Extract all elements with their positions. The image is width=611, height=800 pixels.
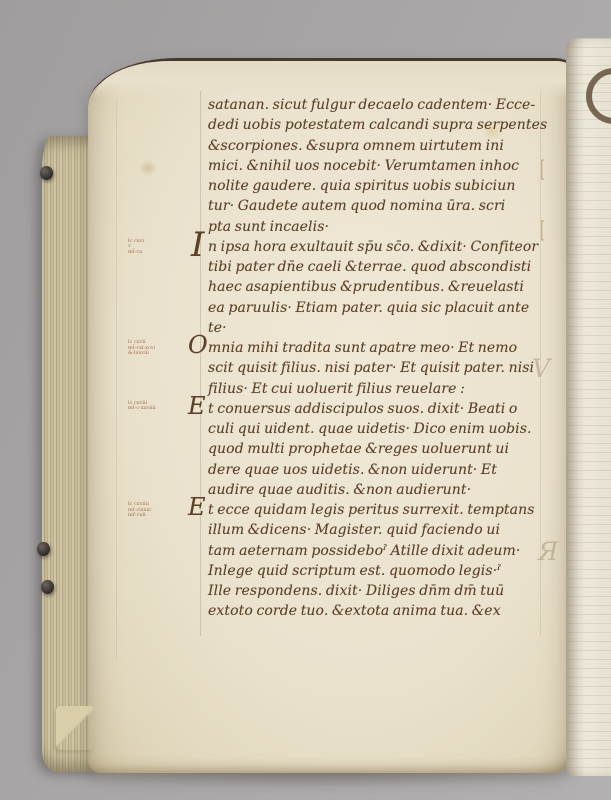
- line-text: te·: [208, 320, 227, 336]
- text-line: culi qui uident. quae uidetis· Dico enim…: [208, 419, 556, 439]
- text-line: audire quae auditis. &non audierunt·: [208, 480, 556, 500]
- line-text: t ecce quidam legis peritus surrexit. te…: [208, 502, 535, 518]
- showthrough-letter: V: [532, 354, 550, 383]
- line-text: tur· Gaudete autem quod nomina ūra. scri: [208, 198, 505, 214]
- corner-fold: [56, 706, 94, 750]
- offset-mark: [: [540, 219, 545, 245]
- manuscript-photo: satanan. sicut fulgur decaelo cadentem· …: [0, 0, 611, 800]
- text-line: filius· Et cui uoluerit filius reuelare …: [208, 379, 556, 399]
- text-line: illum &dicens· Magister. quid faciendo u…: [208, 520, 556, 540]
- line-text: quod multi prophetae &reges uoluerunt ui: [208, 441, 509, 457]
- line-text: Ille respondens. dixit· Diliges dn̄m dm̄…: [208, 583, 504, 599]
- line-text: filius· Et cui uoluerit filius reuelare …: [208, 381, 465, 397]
- text-line: scit quisit filius. nisi pater· Et quisi…: [208, 358, 556, 378]
- text-line: dedi uobis potestatem calcandi supra ser…: [208, 115, 556, 135]
- text-line: tibi pater dn̄e caeli &terrae. quod absc…: [208, 257, 556, 277]
- text-line: &scorpiones. &supra omnem uirtutem ini: [208, 136, 556, 156]
- line-text: mnia mihi tradita sunt apatre meo· Et ne…: [208, 340, 517, 356]
- text-line: tam aeternam possideboˀ Atille dixit ade…: [208, 541, 556, 561]
- line-text: n ipsa hora exultauit sp̄u sc̄o. &dixit·…: [208, 239, 538, 255]
- line-text: extoto corde tuo. &extota anima tua. &ex: [208, 603, 501, 619]
- text-line: satanan. sicut fulgur decaelo cadentem· …: [208, 95, 556, 115]
- facing-page: [566, 38, 611, 776]
- line-text: culi qui uident. quae uidetis· Dico enim…: [208, 421, 532, 437]
- line-text: nolite gaudere. quia spiritus uobis subi…: [208, 178, 515, 194]
- marginal-note: lc cxviiimt̄·c·xxviiii: [128, 401, 188, 412]
- head-edge-band: [94, 61, 576, 99]
- text-line: ea paruulis· Etiam pater. quia sic placu…: [208, 298, 556, 318]
- line-text: pta sunt incaelis·: [208, 219, 329, 235]
- line-text: haec asapientibus &prudentibus. &reuelas…: [208, 279, 524, 295]
- ruling-line: [116, 101, 117, 661]
- manuscript-page: satanan. sicut fulgur decaelo cadentem· …: [88, 58, 580, 773]
- line-text: tibi pater dn̄e caeli &terrae. quod absc…: [208, 259, 531, 275]
- text-line: mici. &nihil uos nocebit· Verumtamen inh…: [208, 156, 556, 176]
- line-text: satanan. sicut fulgur decaelo cadentem· …: [208, 97, 535, 113]
- text-line: Et ecce quidam legis peritus surrexit. t…: [208, 500, 556, 520]
- text-line: quod multi prophetae &reges uoluerunt ui: [208, 439, 556, 459]
- clasp-knob: [41, 580, 54, 594]
- text-line: tur· Gaudete autem quod nomina ūra. scri: [208, 196, 556, 216]
- line-text: tam aeternam possideboˀ Atille dixit ade…: [208, 543, 520, 559]
- offset-mark: [: [540, 158, 545, 184]
- line-text: Inlege quid scriptum est. quomodo legis·…: [208, 563, 501, 579]
- text-line: Ille respondens. dixit· Diliges dn̄m dm̄…: [208, 581, 556, 601]
- text-line: Inlege quid scriptum est. quomodo legis·…: [208, 561, 556, 581]
- marginal-note-row: mt̄·ca: [128, 250, 188, 256]
- text-line: extoto corde tuo. &extota anima tua. &ex: [208, 601, 556, 621]
- text-block: satanan. sicut fulgur decaelo cadentem· …: [208, 95, 556, 622]
- text-line: dere quae uos uidetis. &non uiderunt· Et: [208, 460, 556, 480]
- ruling-line: [200, 91, 201, 636]
- text-line: te·: [208, 318, 556, 338]
- line-text: illum &dicens· Magister. quid faciendo u…: [208, 522, 500, 538]
- text-line: nolite gaudere. quia spiritus uobis subi…: [208, 176, 556, 196]
- text-line: Et conuersus addiscipulos suos. dixit· B…: [208, 399, 556, 419]
- line-text: mici. &nihil uos nocebit· Verumtamen inh…: [208, 158, 519, 174]
- marginal-note-row: mr̄·cxli: [128, 513, 188, 519]
- marginal-note: lc cxviiiimt̄·clxxximr̄·cxli: [128, 502, 188, 519]
- text-line: In ipsa hora exultauit sp̄u sc̄o. &dixit…: [208, 237, 556, 257]
- marginal-note: lc cxvivmt̄·ca: [128, 239, 188, 256]
- line-text: t conuersus addiscipulos suos. dixit· Be…: [208, 401, 517, 417]
- text-line: pta sunt incaelis·: [208, 217, 556, 237]
- line-text: audire quae auditis. &non audierunt·: [208, 482, 471, 498]
- parchment-stain: [140, 159, 156, 177]
- line-text: scit quisit filius. nisi pater· Et quisi…: [208, 360, 534, 376]
- text-line: Omnia mihi tradita sunt apatre meo· Et n…: [208, 338, 556, 358]
- clasp-knob: [40, 166, 53, 180]
- marginal-note-row: mt̄·c·xxviiii: [128, 406, 188, 412]
- marginal-note-row: &·lxxviii: [128, 351, 188, 357]
- showthrough-letter: Я: [538, 537, 558, 566]
- marginal-note: lc cxviimt̄·cxl·xcvi&·lxxviii: [128, 340, 188, 357]
- text-line: haec asapientibus &prudentibus. &reuelas…: [208, 277, 556, 297]
- line-text: dedi uobis potestatem calcandi supra ser…: [208, 117, 547, 133]
- clasp-knob: [37, 542, 50, 556]
- line-text: dere quae uos uidetis. &non uiderunt· Et: [208, 462, 497, 478]
- line-text: ea paruulis· Etiam pater. quia sic placu…: [208, 300, 529, 316]
- line-text: &scorpiones. &supra omnem uirtutem ini: [208, 138, 504, 154]
